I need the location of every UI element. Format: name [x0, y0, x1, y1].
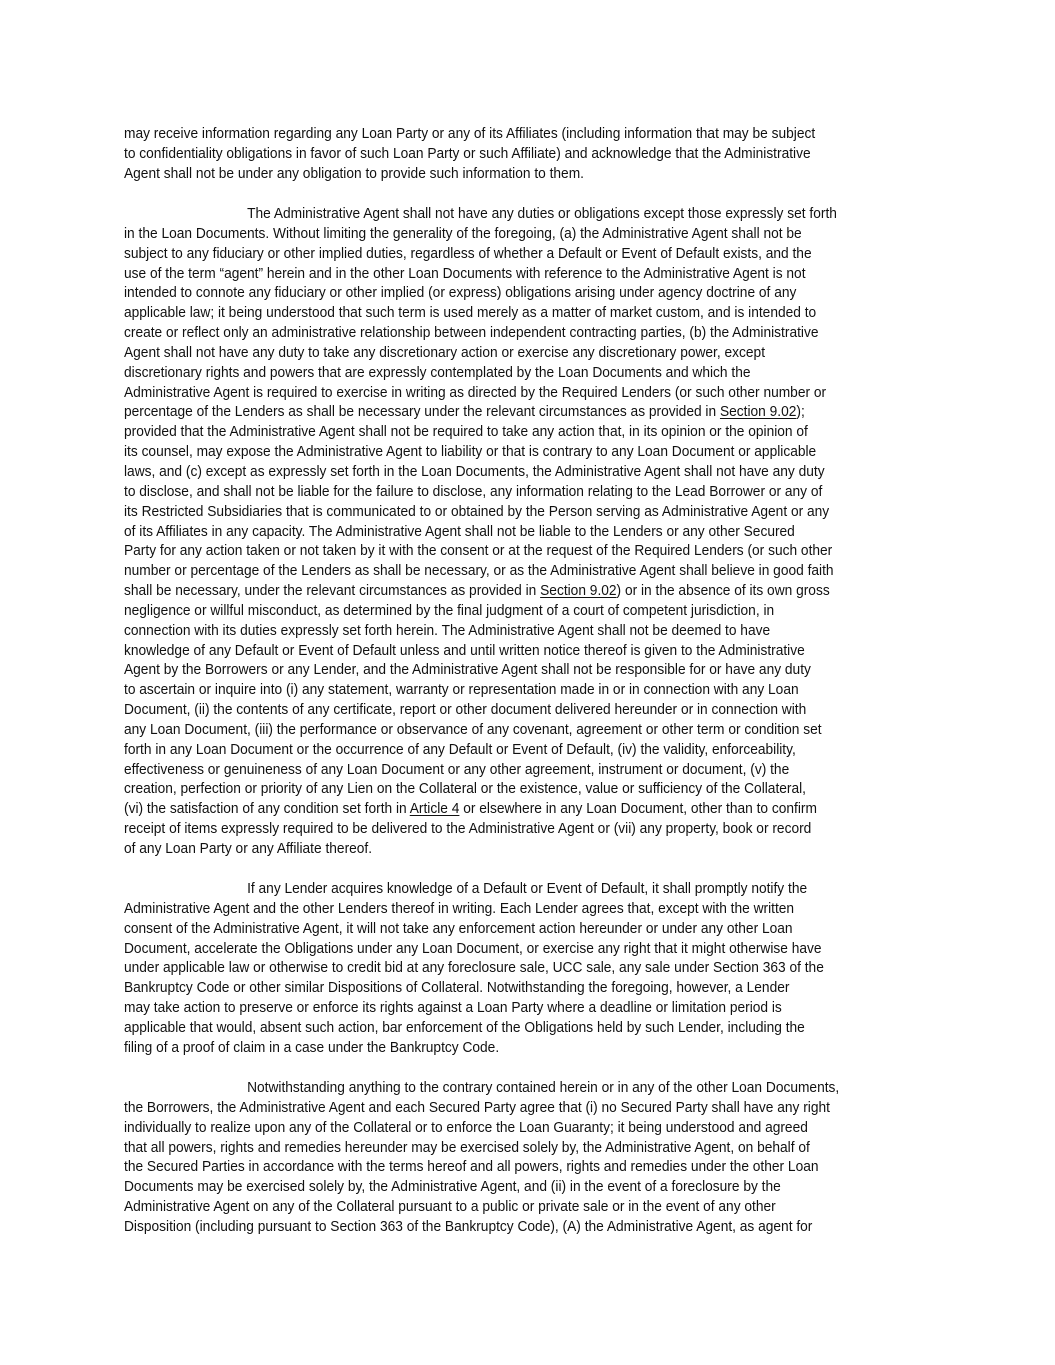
text-line: Disposition (including pursuant to Secti… — [124, 1217, 866, 1237]
paragraph-3: If any Lender acquires knowledge of a De… — [124, 879, 944, 1058]
text-line: negligence or willful misconduct, as det… — [124, 601, 866, 621]
text-line: in the Loan Documents. Without limiting … — [124, 224, 866, 244]
text-line: Bankruptcy Code or other similar Disposi… — [124, 978, 866, 998]
text-line: The Administrative Agent shall not have … — [124, 204, 866, 224]
text-line: Party for any action taken or not taken … — [124, 541, 866, 561]
text-line: applicable that would, absent such actio… — [124, 1018, 866, 1038]
text-line: to ascertain or inquire into (i) any sta… — [124, 680, 866, 700]
text-line: subject to any fiduciary or other implie… — [124, 244, 866, 264]
text-line: Agent shall not have any duty to take an… — [124, 343, 866, 363]
text-line: Notwithstanding anything to the contrary… — [124, 1078, 866, 1098]
text-line: use of the term “agent” herein and in th… — [124, 264, 866, 284]
text-line: create or reflect only an administrative… — [124, 323, 866, 343]
text-line: may receive information regarding any Lo… — [124, 124, 866, 144]
text-line: the Borrowers, the Administrative Agent … — [124, 1098, 866, 1118]
text-line: number or percentage of the Lenders as s… — [124, 561, 866, 581]
text-line: of its Affiliates in any capacity. The A… — [124, 522, 866, 542]
text-line: of any Loan Party or any Affiliate there… — [124, 839, 866, 859]
text-line: Document, accelerate the Obligations und… — [124, 939, 866, 959]
text-line: Administrative Agent and the other Lende… — [124, 899, 866, 919]
text-segment: or elsewhere in any Loan Document, other… — [459, 800, 817, 817]
text-line: any Loan Document, (iii) the performance… — [124, 720, 866, 740]
text-line: under applicable law or otherwise to cre… — [124, 958, 866, 978]
text-line: that all powers, rights and remedies her… — [124, 1138, 866, 1158]
text-line: Document, (ii) the contents of any certi… — [124, 700, 866, 720]
text-line: its counsel, may expose the Administrati… — [124, 442, 866, 462]
paragraph-4: Notwithstanding anything to the contrary… — [124, 1078, 944, 1237]
text-line: filing of a proof of claim in a case und… — [124, 1038, 866, 1058]
text-line: may take action to preserve or enforce i… — [124, 998, 866, 1018]
text-line: (vi) the satisfaction of any condition s… — [124, 799, 866, 819]
text-line: Administrative Agent is required to exer… — [124, 383, 866, 403]
text-line: provided that the Administrative Agent s… — [124, 422, 866, 442]
text-line: percentage of the Lenders as shall be ne… — [124, 402, 866, 422]
text-line: consent of the Administrative Agent, it … — [124, 919, 866, 939]
text-line: receipt of items expressly required to b… — [124, 819, 866, 839]
text-line: Agent by the Borrowers or any Lender, an… — [124, 660, 866, 680]
text-segment: percentage of the Lenders as shall be ne… — [124, 403, 720, 420]
text-line: applicable law; it being understood that… — [124, 303, 866, 323]
text-line: If any Lender acquires knowledge of a De… — [124, 879, 866, 899]
paragraph-2: The Administrative Agent shall not have … — [124, 204, 944, 859]
text-line: forth in any Loan Document or the occurr… — [124, 740, 866, 760]
text-line: to confidentiality obligations in favor … — [124, 144, 866, 164]
text-line: shall be necessary, under the relevant c… — [124, 581, 866, 601]
section-9-02-link[interactable]: Section 9.02 — [720, 403, 796, 420]
text-line: connection with its duties expressly set… — [124, 621, 866, 641]
article-4-link[interactable]: Article 4 — [410, 800, 460, 817]
text-line: effectiveness or genuineness of any Loan… — [124, 760, 866, 780]
text-segment: (vi) the satisfaction of any condition s… — [124, 800, 410, 817]
text-line: laws, and (c) except as expressly set fo… — [124, 462, 866, 482]
document-page: may receive information regarding any Lo… — [0, 0, 1055, 1365]
text-segment: ); — [796, 403, 804, 420]
text-line: individually to realize upon any of the … — [124, 1118, 866, 1138]
text-line: Administrative Agent on any of the Colla… — [124, 1197, 866, 1217]
text-line: knowledge of any Default or Event of Def… — [124, 641, 866, 661]
text-line: its Restricted Subsidiaries that is comm… — [124, 502, 866, 522]
text-line: to disclose, and shall not be liable for… — [124, 482, 866, 502]
text-line: creation, perfection or priority of any … — [124, 779, 866, 799]
text-segment: ) or in the absence of its own gross — [617, 582, 830, 599]
text-line: intended to connote any fiduciary or oth… — [124, 283, 866, 303]
section-9-02-link[interactable]: Section 9.02 — [540, 582, 616, 599]
text-line: the Secured Parties in accordance with t… — [124, 1157, 866, 1177]
text-line: discretionary rights and powers that are… — [124, 363, 866, 383]
text-line: Agent shall not be under any obligation … — [124, 164, 866, 184]
text-segment: shall be necessary, under the relevant c… — [124, 582, 540, 599]
paragraph-1: may receive information regarding any Lo… — [124, 124, 944, 184]
text-line: Documents may be exercised solely by, th… — [124, 1177, 866, 1197]
